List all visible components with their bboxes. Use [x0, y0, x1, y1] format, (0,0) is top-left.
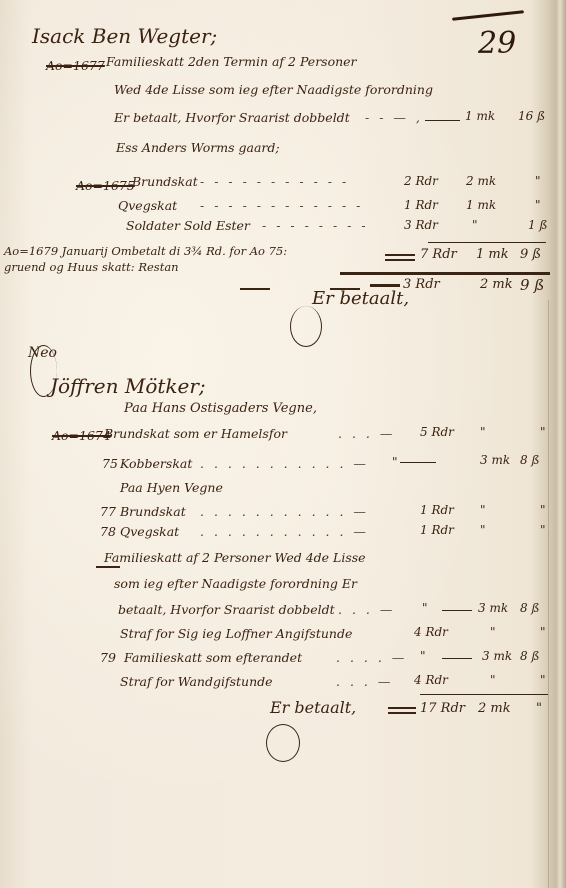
section1-balance-skilling: 9 ß [520, 278, 544, 293]
section2-row1-rigsdaler: 5 Rdr [420, 426, 454, 438]
section1-entry3-skilling: " [535, 175, 541, 187]
leader-dots: . . . — [338, 428, 395, 441]
paid-flourish [290, 306, 322, 347]
section1-entry1-skilling: 16 ß [518, 110, 545, 122]
section1-entry1-line2: Wed 4de Lisse som ieg efter Naadigste fo… [114, 84, 433, 97]
section2-total-rigsdaler: 17 Rdr [420, 702, 465, 715]
section2-row2-text: Kobberskat [120, 458, 192, 471]
section2-row2-ref: 75 [102, 458, 118, 471]
section2-row11-marks: " [490, 674, 496, 686]
section2-row9-skilling: " [540, 626, 546, 638]
section2-row9-rigsdaler: 4 Rdr [414, 626, 448, 638]
section2-row1-ref: Ao=1674 [52, 430, 111, 443]
section1-entry3-text: Brundskat [132, 176, 198, 189]
leader-dots: . . . — [336, 676, 393, 689]
section2-row1-skilling: " [540, 426, 546, 438]
section2-heading: Jöffren Mötker; [50, 376, 206, 396]
section2-row11-skilling: " [540, 674, 546, 686]
dash-rule [240, 288, 270, 290]
section1-entry1-line1: Familieskatt 2den Termin af 2 Personer [106, 56, 357, 69]
dash-rule [96, 566, 120, 568]
balance-rule [340, 272, 550, 275]
page-number-flourish [452, 10, 524, 21]
section2-row4-ref: 77 [100, 506, 116, 519]
section1-entry4-marks: 1 mk [466, 199, 496, 211]
section2-row10-rigsdaler: " [420, 650, 426, 662]
section1-subtotal-rigsdaler: 7 Rdr [420, 248, 457, 261]
subtotal-rule [428, 242, 546, 243]
leader-rule [442, 658, 472, 659]
section2-row4-rigsdaler: 1 Rdr [420, 504, 454, 516]
section1-entry2-line1: Ess Anders Worms gaard; [116, 142, 280, 155]
section2-row4-marks: " [480, 504, 486, 516]
leader-rule [425, 120, 460, 121]
section2-row5-marks: " [480, 524, 486, 536]
equals-rule [385, 254, 415, 256]
section2-row2-rigsdaler: " [392, 456, 398, 468]
section1-subtotal-marks: 1 mk [476, 248, 509, 261]
section2-row11-text: Straf for Wandgifstunde [120, 676, 273, 689]
section1-note-line2: gruend og Huus skatt: Restan [4, 262, 179, 274]
leader-dots: . . . . . . . . . . . — [200, 506, 369, 519]
leader-dots: - - — , [365, 112, 423, 125]
section1-entry3-ref: Ao=1675 [76, 180, 135, 193]
section2-row1-marks: " [480, 426, 486, 438]
section2-row2-skilling: 8 ß [520, 454, 539, 466]
section2-row4-skilling: " [540, 504, 546, 516]
section1-entry4-skilling: " [535, 199, 541, 211]
equals-rule [388, 712, 416, 714]
section2-row7-text: som ieg efter Naadigste forordning Er [114, 578, 357, 591]
section2-row5-text: Qvegskat [120, 526, 179, 539]
section1-subtotal-skilling: 9 ß [520, 248, 541, 261]
section1-entry3-rigsdaler: 2 Rdr [404, 175, 438, 187]
manuscript-page: 29 Isack Ben Wegter; Ao=1677 Familieskat… [0, 0, 566, 888]
section1-heading: Isack Ben Wegter; [32, 26, 217, 46]
section2-row10-marks: 3 mk [482, 650, 512, 662]
section1-entry5-rigsdaler: 3 Rdr [404, 219, 438, 231]
section2-total-label: Er betaalt, [270, 700, 356, 716]
equals-rule [388, 707, 416, 709]
section2-row5-skilling: " [540, 524, 546, 536]
section2-row5-ref: 78 [100, 526, 116, 539]
section2-row8-rigsdaler: " [422, 602, 428, 614]
section1-entry5-skilling: 1 ß [528, 219, 547, 231]
section1-entry3-marks: 2 mk [466, 175, 496, 187]
section2-row10-text: Familieskatt som efterandet [124, 652, 302, 665]
section2-row4-text: Brundskat [120, 506, 186, 519]
section1-entry5-text: Soldater Sold Ester [126, 220, 250, 233]
binding-gutter [548, 300, 549, 888]
section2-total-skilling: " [536, 702, 542, 715]
section2-row8-marks: 3 mk [478, 602, 508, 614]
section2-row8-skilling: 8 ß [520, 602, 539, 614]
leader-dots: . . . . — [336, 652, 407, 665]
leader-dots: . . . — [338, 604, 395, 617]
dash-rule [370, 284, 400, 287]
section2-row10-skilling: 8 ß [520, 650, 539, 662]
leader-dots: - - - - - - - - - - - [200, 176, 349, 189]
section1-entry1-marks: 1 mk [465, 110, 495, 122]
section2-subheading: Paa Hans Ostisgaders Vegne, [124, 402, 317, 415]
section1-entry4-text: Qvegskat [118, 200, 177, 213]
section2-row8-text: betaalt, Hvorfor Sraarist dobbeldt [118, 604, 335, 617]
section2-row10-ref: 79 [100, 652, 116, 665]
section2-row1-text: Brundskat som er Hamelsfor [104, 428, 287, 441]
section2-row5-rigsdaler: 1 Rdr [420, 524, 454, 536]
leader-dots: - - - - - - - - - - - - [200, 200, 363, 213]
total-flourish [266, 724, 300, 762]
section2-row11-rigsdaler: 4 Rdr [414, 674, 448, 686]
leader-dots: - - - - - - - - [262, 220, 369, 233]
section2-total-marks: 2 mk [478, 702, 511, 715]
section2-row9-text: Straf for Sig ieg Loffner Angifstunde [120, 628, 352, 641]
section1-balance-marks: 2 mk [480, 278, 513, 291]
page-number: 29 [478, 26, 516, 61]
leader-rule [400, 462, 436, 463]
section2-row6-text: Familieskatt af 2 Personer Wed 4de Lisse [104, 552, 366, 565]
section2-row3-text: Paa Hyen Vegne [120, 482, 223, 495]
leader-dots: . . . . . . . . . . . — [200, 526, 369, 539]
leader-dots: . . . . . . . . . . . — [200, 458, 369, 471]
section1-entry1-ref: Ao=1677 [46, 60, 105, 73]
total-rule [420, 694, 548, 695]
section1-entry4-rigsdaler: 1 Rdr [404, 199, 438, 211]
section1-entry1-line3: Er betaalt, Hvorfor Sraarist dobbeldt [114, 112, 350, 125]
section2-row9-marks: " [490, 626, 496, 638]
section1-note-line1: Ao=1679 Januarij Ombetalt di 3¾ Rd. for … [4, 246, 287, 258]
section2-row2-marks: 3 mk [480, 454, 510, 466]
leader-rule [442, 610, 472, 611]
equals-rule [385, 259, 415, 261]
section1-paid-label: Er betaalt, [312, 290, 409, 308]
section1-entry5-marks: " [472, 219, 478, 231]
